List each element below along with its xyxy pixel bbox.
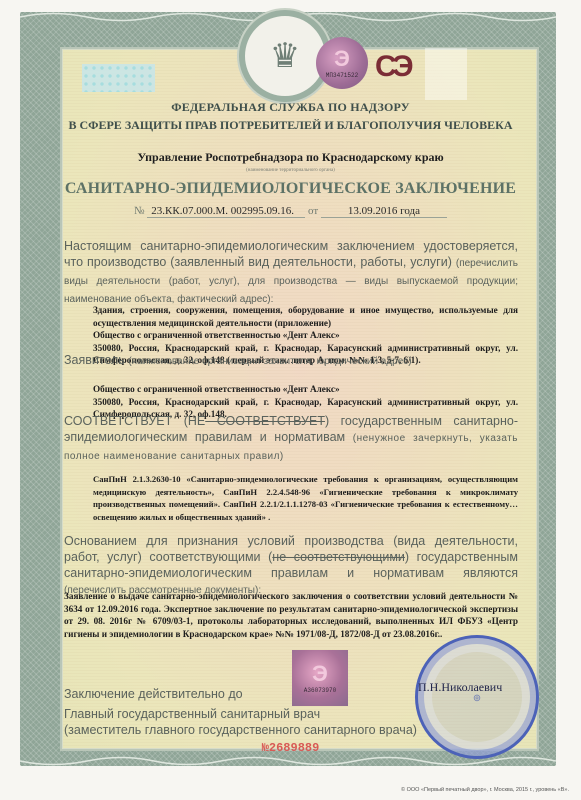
production-lead: Настоящим санитарно-эпидемиологическим з… bbox=[64, 238, 518, 308]
date-label: от bbox=[308, 205, 318, 217]
conformity-struck: СООТВЕТСТВУЕТ bbox=[205, 414, 325, 428]
applicant-label-row: Заявитель (наименование организации-заяв… bbox=[64, 352, 518, 370]
production-lead-text: Настоящим санитарно-эпидемиологическим з… bbox=[64, 239, 518, 269]
security-pattern-patch bbox=[82, 64, 155, 92]
blank-patch bbox=[425, 48, 467, 100]
production-object: Здания, строения, сооружения, помещения,… bbox=[93, 304, 518, 329]
applicant-hint: (наименование организации-заявителя, юри… bbox=[128, 356, 411, 367]
document-date: 13.09.2016 года bbox=[321, 205, 447, 218]
sanitary-rules-value: СанПиН 2.1.3.2630-10 «Санитарно-эпидемио… bbox=[93, 473, 518, 523]
territorial-office-note: (наименование территориального органа) bbox=[0, 168, 581, 173]
production-organization: Общество с ограниченной ответственностью… bbox=[93, 329, 518, 342]
serial-number: №2689889 bbox=[0, 741, 581, 755]
hologram-serial: МП3471522 bbox=[326, 72, 358, 79]
document-title: САНИТАРНО-ЭПИДЕМИОЛОГИЧЕСКОЕ ЗАКЛЮЧЕНИЕ bbox=[0, 180, 581, 198]
territorial-office: Управление Роспотребнадзора по Краснодар… bbox=[0, 150, 581, 165]
conformity-open: (НЕ bbox=[184, 414, 206, 428]
signer-name: П.Н.Николаевич bbox=[418, 680, 502, 695]
applicant-organization: Общество с ограниченной ответственностью… bbox=[93, 383, 518, 396]
printer-imprint: © ООО «Первый печатный двор», г. Москва,… bbox=[401, 787, 569, 793]
conformity-status: СООТВЕТСТВУЕТ bbox=[64, 414, 172, 428]
se-mark-logo: СЭ bbox=[375, 50, 410, 84]
hologram-icon: Э bbox=[334, 48, 350, 70]
agency-name-line2: В СФЕРЕ ЗАЩИТЫ ПРАВ ПОТРЕБИТЕЛЕЙ И БЛАГО… bbox=[0, 118, 581, 133]
basis-documents-value: Заявление о выдаче санитарно-эпидемиолог… bbox=[64, 590, 518, 640]
document-number: 23.КК.07.000.М. 002995.09.16. bbox=[147, 205, 305, 218]
conformity-statement: СООТВЕТСТВУЕТ (НЕ СООТВЕТСТВУЕТ) государ… bbox=[64, 413, 518, 465]
applicant-label: Заявитель bbox=[64, 353, 125, 367]
agency-name-line1: ФЕДЕРАЛЬНАЯ СЛУЖБА ПО НАДЗОРУ bbox=[0, 100, 581, 115]
number-label: № bbox=[134, 205, 145, 217]
hologram-icon: Э bbox=[312, 663, 328, 685]
document-number-line: № 23.КК.07.000.М. 002995.09.16. от 13.09… bbox=[0, 205, 581, 218]
basis-struck: не соответствующими bbox=[272, 550, 405, 564]
hologram-sticker-top: Э МП3471522 bbox=[316, 37, 368, 89]
